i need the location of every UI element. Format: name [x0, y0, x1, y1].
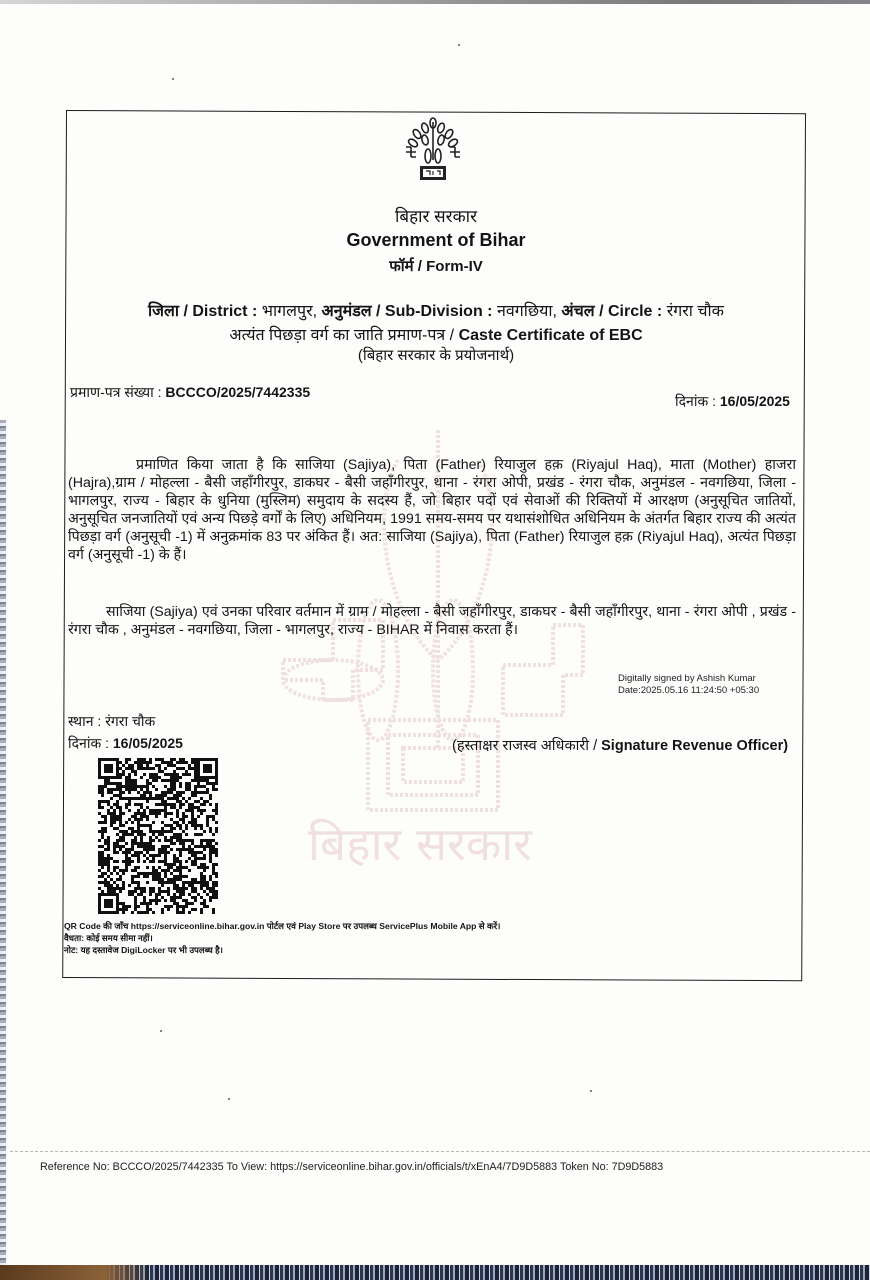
note-digilocker: नोट: यह दस्तावेज DigiLocker पर भी उपलब्ध…: [64, 944, 500, 956]
qr-code-icon[interactable]: [98, 758, 218, 914]
certificate-date-value: 16/05/2025: [720, 393, 790, 409]
certificate-number: प्रमाण-पत्र संख्या : BCCCO/2025/7442335: [70, 383, 310, 402]
bihar-emblem-icon: [400, 116, 466, 186]
photo-left-edge: [0, 420, 6, 1280]
note-validity: वैधता: कोई समय सीमा नहीं।: [64, 932, 500, 944]
footer-divider: [10, 1151, 870, 1152]
signature-officer: (हस्ताक्षर राजस्व अधिकारी / Signature Re…: [452, 735, 788, 755]
speck: [160, 1030, 162, 1032]
certificate-purpose: (बिहार सरकार के प्रयोजनार्थ): [66, 345, 806, 365]
photo-bottom-edge: [0, 1265, 870, 1280]
circle-value: रंगरा चौक: [667, 303, 724, 320]
signature-officer-english: Signature Revenue Officer): [601, 738, 788, 754]
digital-signature: Digitally signed by Ashish Kumar Date:20…: [618, 673, 759, 697]
circle-label: अंचल / Circle :: [561, 303, 662, 320]
certificate-number-label: प्रमाण-पत्र संख्या :: [70, 384, 162, 400]
place-label: स्थान :: [68, 713, 101, 729]
speck: [458, 44, 460, 46]
location-line: जिला / District : भागलपुर, अनुमंडल / Sub…: [66, 299, 806, 321]
issue-date-label: दिनांक :: [68, 735, 109, 751]
certificate-title-english: Caste Certificate of EBC: [459, 327, 643, 344]
residence-paragraph: साजिया (Sajiya) एवं उनका परिवार वर्तमान …: [68, 603, 796, 639]
place: स्थान : रंगरा चौक: [68, 712, 155, 731]
place-value: रंगरा चौक: [105, 713, 155, 729]
photo-top-edge: [0, 0, 870, 4]
speck: [172, 78, 174, 80]
certificate-date-label: दिनांक :: [675, 393, 716, 409]
issue-date-value: 16/05/2025: [113, 735, 183, 751]
certificate-number-value: BCCCO/2025/7442335: [165, 384, 310, 400]
notes: QR Code की जाँच https://serviceonline.bi…: [64, 920, 500, 956]
certification-paragraph: प्रमाणित किया जाता है कि साजिया (Sajiya)…: [68, 456, 796, 564]
header-form-number: फॉर्म / Form-IV: [66, 256, 806, 276]
reference-line: Reference No: BCCCO/2025/7442335 To View…: [40, 1161, 663, 1173]
digital-signature-signer: Digitally signed by Ashish Kumar: [618, 673, 759, 685]
issue-date: दिनांक : 16/05/2025: [68, 734, 183, 753]
subdivision-label: अनुमंडल / Sub-Division :: [322, 303, 493, 320]
header-government-title: Government of Bihar: [66, 230, 806, 251]
subdivision-value: नवगछिया,: [497, 303, 557, 320]
digital-signature-date: Date:2025.05.16 11:24:50 +05:30: [618, 685, 759, 697]
speck: [590, 1090, 592, 1092]
signature-officer-hindi: (हस्ताक्षर राजस्व अधिकारी /: [452, 738, 597, 754]
certificate-date: दिनांक : 16/05/2025: [675, 392, 790, 411]
certificate-title-hindi: अत्यंत पिछड़ा वर्ग का जाति प्रमाण-पत्र /: [229, 327, 454, 344]
district-value: भागलपुर,: [262, 303, 317, 320]
certificate-title: अत्यंत पिछड़ा वर्ग का जाति प्रमाण-पत्र /…: [66, 323, 806, 345]
district-label: जिला / District :: [148, 303, 257, 320]
header-hindi-title: बिहार सरकार: [66, 204, 806, 227]
speck: [228, 1098, 230, 1100]
note-qr-verification: QR Code की जाँच https://serviceonline.bi…: [64, 920, 500, 932]
